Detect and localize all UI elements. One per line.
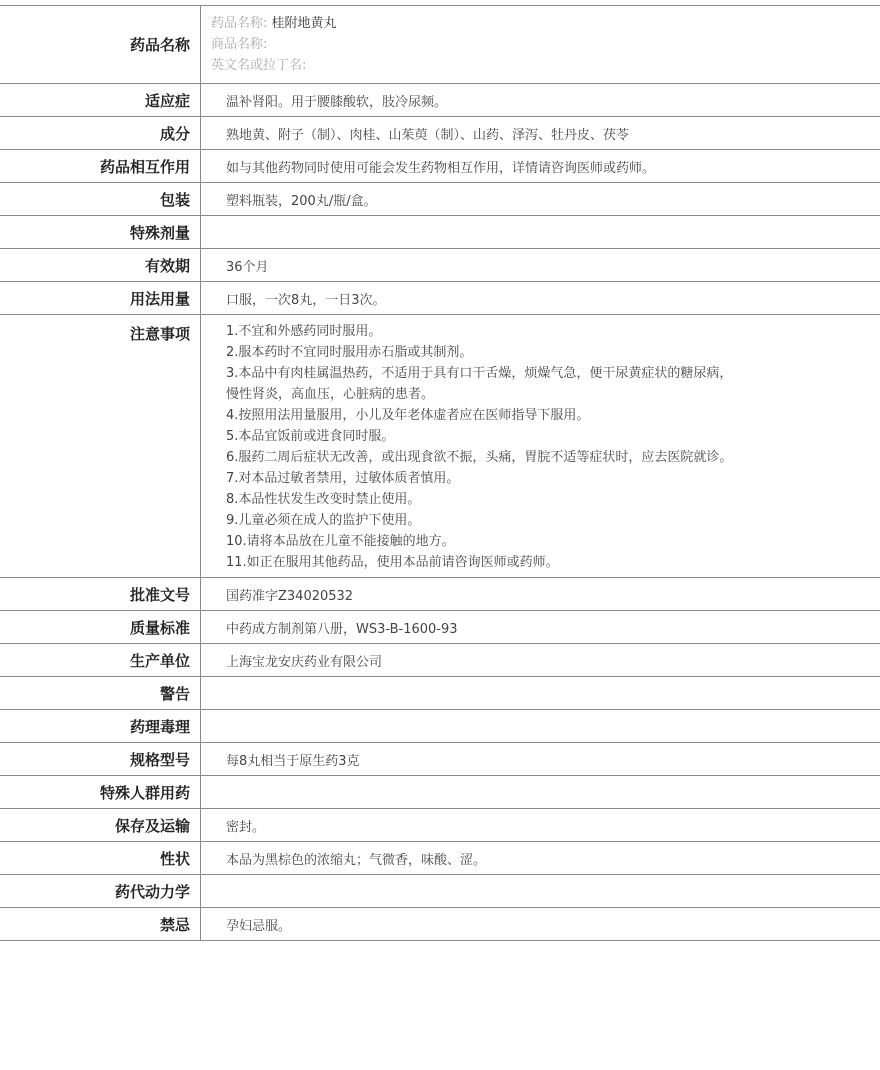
label-approval-number: 批准文号 [0,578,201,611]
label-manufacturer: 生产单位 [0,644,201,677]
precaution-line: 6.服药二周后症状无改善，或出现食欲不振，头痛，胃脘不适等症状时，应去医院就诊。 [226,447,880,468]
value-special-populations [201,776,880,809]
label-interactions: 药品相互作用 [0,150,201,183]
row-precautions: 注意事项 1.不宜和外感药同时服用。 2.服本药时不宜同时服用赤石脂或其制剂。 … [0,315,880,578]
english-name-line: 英文名或拉丁名: [211,55,880,76]
precaution-line: 11.如正在服用其他药品，使用本品前请咨询医师或药师。 [226,552,880,573]
row-pharmacology-toxicology: 药理毒理 [0,710,880,743]
row-warning: 警告 [0,677,880,710]
label-special-dosage: 特殊剂量 [0,216,201,249]
trade-name-key: 商品名称: [211,37,267,52]
label-warning: 警告 [0,677,201,710]
value-quality-standard: 中药成方制剂第八册，WS3-B-1600-93 [201,611,880,644]
value-ingredients: 熟地黄、附子（制）、肉桂、山茱萸（制）、山药、泽泻、牡丹皮、茯苓 [201,117,880,150]
label-drug-name: 药品名称 [0,6,201,84]
value-interactions: 如与其他药物同时使用可能会发生药物相互作用，详情请咨询医师或药师。 [201,150,880,183]
value-drug-name: 药品名称: 桂附地黄丸 商品名称: 英文名或拉丁名: [201,6,880,84]
row-pharmacokinetics: 药代动力学 [0,875,880,908]
label-contraindications: 禁忌 [0,908,201,941]
row-ingredients: 成分 熟地黄、附子（制）、肉桂、山茱萸（制）、山药、泽泻、牡丹皮、茯苓 [0,117,880,150]
value-indications: 温补肾阳。用于腰膝酸软，肢冷尿频。 [201,84,880,117]
label-storage: 保存及运输 [0,809,201,842]
row-specification: 规格型号 每8丸相当于原生药3克 [0,743,880,776]
label-usage: 用法用量 [0,282,201,315]
row-usage: 用法用量 口服，一次8丸，一日3次。 [0,282,880,315]
precaution-line: 3.本品中有肉桂属温热药，不适用于具有口干舌燥，烦燥气急，便干尿黄症状的糖尿病， [226,363,880,384]
value-shelf-life: 36个月 [201,249,880,282]
precaution-line: 7.对本品过敏者禁用，过敏体质者慎用。 [226,468,880,489]
trade-name-line: 商品名称: [211,34,880,55]
value-pharmacokinetics [201,875,880,908]
label-quality-standard: 质量标准 [0,611,201,644]
value-specification: 每8丸相当于原生药3克 [201,743,880,776]
row-storage: 保存及运输 密封。 [0,809,880,842]
value-packaging: 塑料瓶装，200丸/瓶/盒。 [201,183,880,216]
generic-name-line: 药品名称: 桂附地黄丸 [211,13,880,34]
row-manufacturer: 生产单位 上海宝龙安庆药业有限公司 [0,644,880,677]
row-approval-number: 批准文号 国药准字Z34020532 [0,578,880,611]
row-indications: 适应症 温补肾阳。用于腰膝酸软，肢冷尿频。 [0,84,880,117]
precaution-line: 1.不宜和外感药同时服用。 [226,321,880,342]
value-precautions: 1.不宜和外感药同时服用。 2.服本药时不宜同时服用赤石脂或其制剂。 3.本品中… [201,315,880,578]
value-warning [201,677,880,710]
drug-spec-table: 药品名称 药品名称: 桂附地黄丸 商品名称: 英文名或拉丁名: 适应症 温补肾阳… [0,5,880,941]
value-pharmacology-toxicology [201,710,880,743]
precaution-line: 4.按照用法用量服用，小儿及年老体虚者应在医师指导下服用。 [226,405,880,426]
precaution-line: 5.本品宜饭前或进食同时服。 [226,426,880,447]
row-contraindications: 禁忌 孕妇忌服。 [0,908,880,941]
generic-name-key: 药品名称: [211,16,267,31]
label-pharmacokinetics: 药代动力学 [0,875,201,908]
value-approval-number: 国药准字Z34020532 [201,578,880,611]
precaution-line: 慢性肾炎，高血压，心脏病的患者。 [226,384,880,405]
row-drug-name: 药品名称 药品名称: 桂附地黄丸 商品名称: 英文名或拉丁名: [0,6,880,84]
precaution-line: 9.儿童必须在成人的监护下使用。 [226,510,880,531]
row-shelf-life: 有效期 36个月 [0,249,880,282]
label-precautions: 注意事项 [0,315,201,578]
value-special-dosage [201,216,880,249]
english-name-key: 英文名或拉丁名: [211,58,306,73]
row-special-dosage: 特殊剂量 [0,216,880,249]
row-special-populations: 特殊人群用药 [0,776,880,809]
label-ingredients: 成分 [0,117,201,150]
label-description: 性状 [0,842,201,875]
label-packaging: 包装 [0,183,201,216]
precaution-line: 2.服本药时不宜同时服用赤石脂或其制剂。 [226,342,880,363]
value-storage: 密封。 [201,809,880,842]
row-interactions: 药品相互作用 如与其他药物同时使用可能会发生药物相互作用，详情请咨询医师或药师。 [0,150,880,183]
label-indications: 适应症 [0,84,201,117]
row-packaging: 包装 塑料瓶装，200丸/瓶/盒。 [0,183,880,216]
generic-name-value: 桂附地黄丸 [272,16,337,31]
label-shelf-life: 有效期 [0,249,201,282]
precaution-line: 8.本品性状发生改变时禁止使用。 [226,489,880,510]
value-contraindications: 孕妇忌服。 [201,908,880,941]
label-specification: 规格型号 [0,743,201,776]
value-manufacturer: 上海宝龙安庆药业有限公司 [201,644,880,677]
row-quality-standard: 质量标准 中药成方制剂第八册，WS3-B-1600-93 [0,611,880,644]
label-pharmacology-toxicology: 药理毒理 [0,710,201,743]
precaution-line: 10.请将本品放在儿童不能接触的地方。 [226,531,880,552]
label-special-populations: 特殊人群用药 [0,776,201,809]
row-description: 性状 本品为黑棕色的浓缩丸；气微香，味酸、涩。 [0,842,880,875]
value-usage: 口服，一次8丸，一日3次。 [201,282,880,315]
value-description: 本品为黑棕色的浓缩丸；气微香，味酸、涩。 [201,842,880,875]
